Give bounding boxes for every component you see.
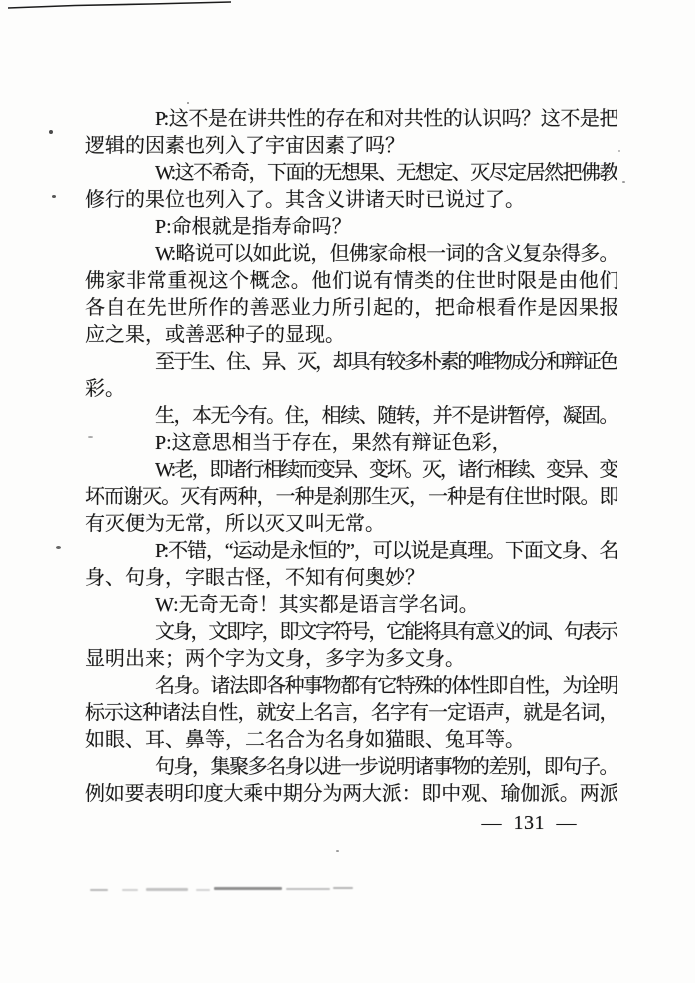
text-line: 坏而谢灭。灭有两种，一种是刹那生灭，一种是有住世时限。即 <box>85 484 617 511</box>
scan-edge-artifact <box>0 0 240 12</box>
text-line: W:老，即诸行相续而变异、变坏。灭，诸行相续、变异、变 <box>85 457 617 484</box>
text-line: 各自在先世所作的善恶业力所引起的，把命根看作是因果报 <box>85 295 617 322</box>
text-line: P:命根就是指寿命吗？ <box>85 214 617 241</box>
text-line: 应之果，或善恶种子的显现。 <box>85 322 617 349</box>
text-line: P:这不是在讲共性的存在和对共性的认识吗？这不是把 <box>85 106 617 133</box>
text-line: 如眼、耳、鼻等，二名合为名身如猫眼、兔耳等。 <box>85 727 617 754</box>
text-line: 彩。 <box>85 376 617 403</box>
text-line: P:这意思相当于存在，果然有辩证色彩， <box>85 430 617 457</box>
text-line: 佛家非常重视这个概念。他们说有情类的住世时限是由他们 <box>85 268 617 295</box>
text-line: 至于生、住、异、灭，却具有较多朴素的唯物成分和辩证色 <box>85 349 617 376</box>
text-line: 身、句身，字眼古怪，不知有何奥妙？ <box>85 565 617 592</box>
text-line: 逻辑的因素也列入了宇宙因素了吗？ <box>85 133 617 160</box>
text-line: 生，本无今有。住，相续、随转，并不是讲暂停，凝固。 <box>85 403 617 430</box>
text-block: P:这不是在讲共性的存在和对共性的认识吗？这不是把 逻辑的因素也列入了宇宙因素了… <box>85 106 617 808</box>
text-line: W:略说可以如此说，但佛家命根一词的含义复杂得多。 <box>85 241 617 268</box>
text-line: 例如要表明印度大乘中期分为两大派：即中观、瑜伽派。两派 <box>85 781 617 808</box>
text-line: 显明出来；两个字为文身，多字为多文身。 <box>85 646 617 673</box>
text-line: 文身，文即字，即文字符号，它能将具有意义的词、句表示 <box>85 619 617 646</box>
text-line: 有灭便为无常，所以灭又叫无常。 <box>85 511 617 538</box>
text-line: W:无奇无奇！其实都是语言学名词。 <box>85 592 617 619</box>
text-line: 修行的果位也列入了。其含义讲诸天时已说过了。 <box>85 187 617 214</box>
text-line: P:不错，“运动是永恒的”，可以说是真理。下面文身、名 <box>85 538 617 565</box>
page-number: — 131 — <box>85 812 577 834</box>
text-line: 标示这种诸法自性，就安上名言，名字有一定语声，就是名词， <box>85 700 617 727</box>
text-line: 句身，集聚多名身以进一步说明诸事物的差别，即句子。 <box>85 754 617 781</box>
text-line: W:这不希奇，下面的无想果、无想定、灭尽定居然把佛教 <box>85 160 617 187</box>
text-line: 名身。诸法即各种事物都有它特殊的体性即自性，为诠明 <box>85 673 617 700</box>
book-page: P:这不是在讲共性的存在和对共性的认识吗？这不是把 逻辑的因素也列入了宇宙因素了… <box>0 0 695 983</box>
